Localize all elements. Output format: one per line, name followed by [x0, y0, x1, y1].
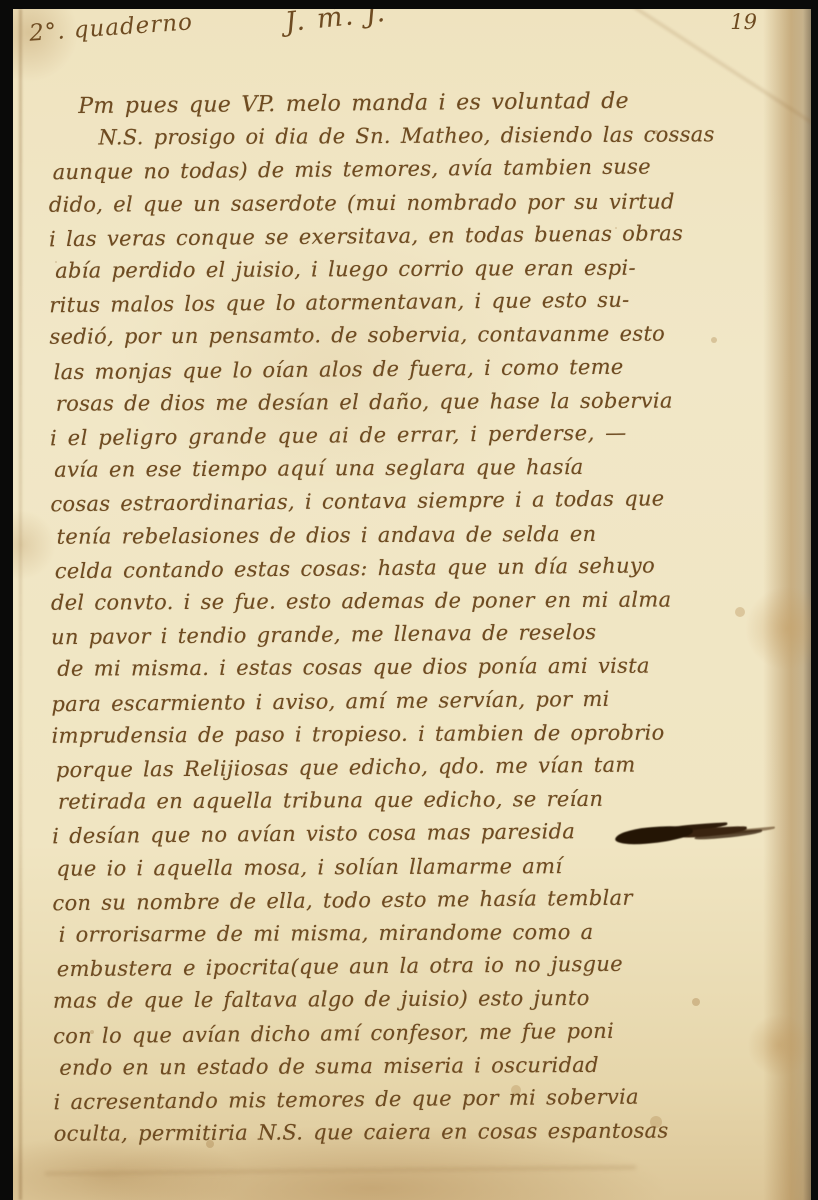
manuscript-line: imprudensia de paso i tropieso. i tambie…	[52, 716, 722, 753]
manuscript-line: i acresentando mis temores de que por mi…	[53, 1080, 723, 1120]
left-fold-crease	[19, 9, 22, 1200]
manuscript-line: para escarmiento i aviso, amí me servían…	[51, 681, 721, 721]
manuscript-line: endo en un estado de suma miseria i oscu…	[59, 1048, 723, 1085]
manuscript-line: ritus malos los que lo atormentavan, i q…	[49, 283, 719, 323]
manuscript-line: del convto. i se fue. esto ademas de pon…	[51, 583, 721, 620]
manuscript-line: avía en ese tiempo aquí una seglara que …	[54, 450, 720, 487]
jmj-monogram: J. m. J. †	[284, 9, 389, 38]
bottom-crease	[45, 1166, 636, 1175]
manuscript-line: i orrorisarme de mi misma, mirandome com…	[59, 915, 723, 952]
manuscript-line: Pm pues que VP. melo manda i es voluntad…	[78, 84, 718, 123]
manuscript-page: 2°. quaderno J. m. J. † 19 Pm pues que V…	[13, 9, 811, 1200]
manuscript-line: aunque no todas) de mis temores, avía ta…	[53, 150, 719, 190]
manuscript-line: las monjas que lo oían alos de fuera, i …	[54, 349, 720, 389]
manuscript-line: tenía rebelasiones de dios i andava de s…	[56, 517, 720, 554]
manuscript-line: dido, el que un saserdote (mui nombrado …	[49, 185, 719, 222]
manuscript-line: abía perdido el juisio, i luego corrio q…	[55, 251, 719, 288]
manuscript-line: un pavor i tendio grande, me llenava de …	[51, 615, 721, 655]
manuscript-line: embustera e ipocrita(que aun la otra io …	[57, 947, 723, 987]
manuscript-scan: 2°. quaderno J. m. J. † 19 Pm pues que V…	[0, 0, 818, 1200]
manuscript-line: oculta, permitiria N.S. que caiera en co…	[54, 1115, 724, 1152]
manuscript-line: rosas de dios me desían el daño, que has…	[56, 384, 720, 421]
manuscript-line: con su nombre de ella, todo esto me hasí…	[52, 881, 722, 921]
page-number: 19	[730, 10, 757, 34]
manuscript-line: porque las Relijiosas que edicho, qdo. m…	[56, 748, 722, 788]
manuscript-line: sedió, por un pensamto. de sobervia, con…	[49, 318, 719, 355]
manuscript-line: mas de que le faltava algo de juisio) es…	[53, 982, 723, 1019]
manuscript-line: i el peligro grande que ai de errar, i p…	[50, 416, 720, 456]
jmj-monogram-text: J. m. J.	[284, 9, 389, 38]
manuscript-line: con lo que avían dicho amí confesor, me …	[53, 1013, 723, 1053]
manuscript-text: Pm pues que VP. melo manda i es voluntad…	[48, 85, 724, 1151]
quaderno-label: 2°. quaderno	[28, 9, 193, 46]
manuscript-line: retirada en aquella tribuna que edicho, …	[58, 783, 722, 820]
manuscript-line: celda contando estas cosas: hasta que un…	[55, 549, 721, 589]
manuscript-line: i las veras conque se exersitava, en tod…	[49, 217, 719, 257]
manuscript-line: que io i aquella mosa, i solían llamarme…	[56, 849, 722, 886]
manuscript-line: cosas estraordinarias, i contava siempre…	[50, 482, 720, 522]
manuscript-line: de mi misma. i estas cosas que dios poní…	[57, 650, 721, 687]
manuscript-line: N.S. prosigo oi dia de Sn. Matheo, disie…	[98, 118, 718, 154]
